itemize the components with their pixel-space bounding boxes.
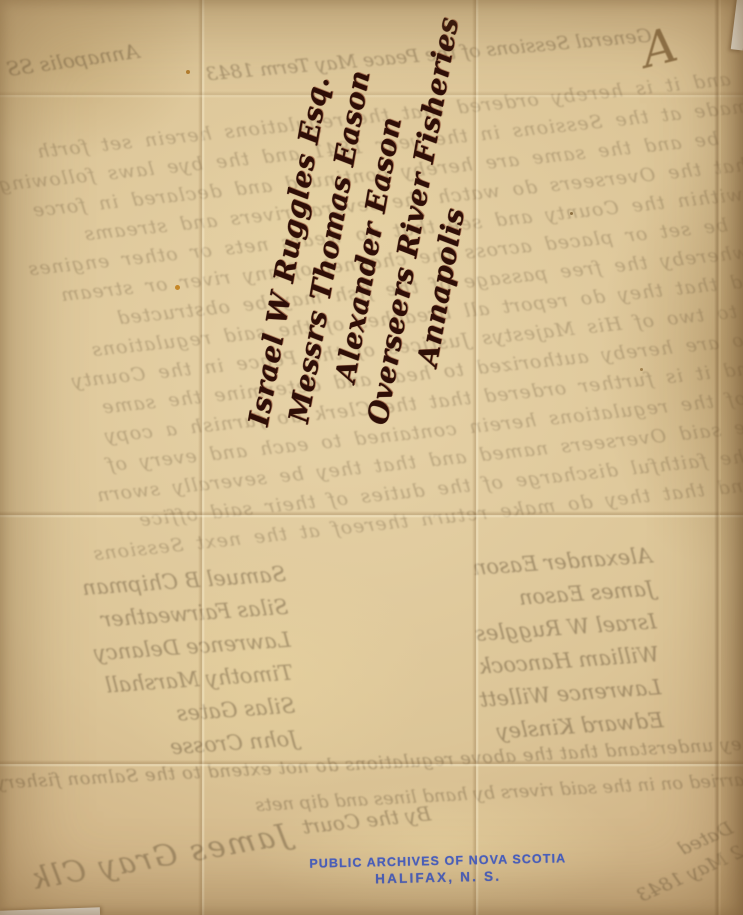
- ink-speck: [570, 212, 573, 215]
- scanned-document-page: Annapolis SS General Sessions of the Pea…: [0, 0, 743, 915]
- rust-speck: [175, 285, 180, 290]
- archive-stamp: PUBLIC ARCHIVES OF NOVA SCOTIA HALIFAX, …: [298, 851, 579, 888]
- paper-sheet: [0, 0, 743, 915]
- ink-speck: [640, 368, 643, 371]
- rust-speck: [186, 70, 190, 74]
